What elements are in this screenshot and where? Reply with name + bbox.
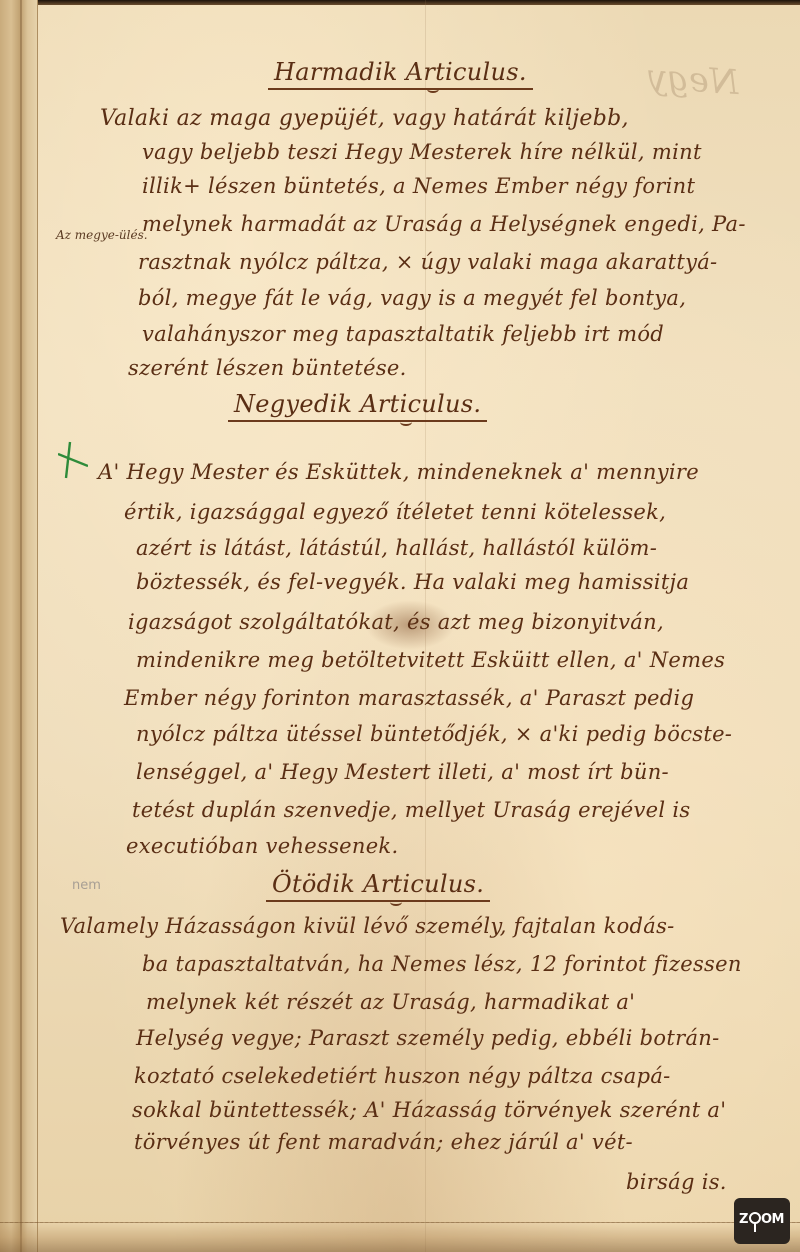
heading-article-3: Harmadik Articulus. (268, 58, 533, 90)
margin-note-megye: Az megye-ülés. (56, 228, 148, 242)
text-line: ból, megye fát le vág, vagy is a megyét … (138, 286, 686, 310)
text-line: illik+ lészen büntetés, a Nemes Ember né… (142, 174, 695, 198)
text-line: Ember négy forinton marasztassék, a' Par… (124, 686, 694, 710)
margin-note-nem: nem (72, 878, 101, 893)
text-line: Helység vegye; Paraszt személy pedig, eb… (136, 1026, 719, 1050)
text-line: mindenikre meg betöltetvitett Esküitt el… (136, 648, 725, 672)
text-line: ba tapasztaltatván, ha Nemes lész, 12 fo… (142, 952, 742, 976)
heading-article-4: Negyedik Articulus. (228, 390, 487, 422)
text-line: értik, igazsággal egyező ítéletet tenni … (124, 500, 666, 524)
text-line: A' Hegy Mester és Esküttek, mindeneknek … (98, 460, 699, 484)
spine-crease (20, 0, 22, 1252)
text-line: melynek két részét az Uraság, harmadikat… (146, 990, 635, 1014)
text-line: nyólcz páltza ütéssel büntetődjék, × a'k… (136, 722, 732, 746)
text-line: Valaki az maga gyepüjét, vagy határát ki… (100, 106, 629, 131)
text-line: koztató cselekedetiért huszon négy páltz… (134, 1064, 671, 1088)
page-top-edge (0, 0, 800, 5)
binding-spine (0, 0, 38, 1252)
heading-article-5: Ötödik Articulus. (266, 870, 490, 902)
text-line: valahányszor meg tapasztaltatik feljebb … (142, 322, 664, 346)
text-line: törvényes út fent maradván; ehez járúl a… (134, 1130, 633, 1154)
text-line: lenséggel, a' Hegy Mestert illeti, a' mo… (136, 760, 669, 784)
text-line: birság is. (626, 1170, 727, 1194)
bleed-through-text: Negy (647, 57, 740, 103)
svg-text:Z: Z (739, 1212, 748, 1227)
heading-brace (390, 898, 402, 906)
text-line: szerént lészen büntetése. (128, 356, 407, 380)
text-line: rasztnak nyólcz páltza, × úgy valaki mag… (138, 250, 717, 274)
text-line: executióban vehessenek. (126, 834, 398, 858)
manuscript-page: Negy Harmadik Articulus. Valaki az maga … (0, 0, 800, 1252)
heading-brace (400, 418, 412, 426)
green-cross-icon (58, 440, 88, 480)
text-line: vagy beljebb teszi Hegy Mesterek híre né… (142, 140, 702, 164)
heading-brace (427, 85, 439, 93)
water-damage-edge (0, 1222, 800, 1252)
text-line: Valamely Házasságon kivül lévő személy, … (60, 914, 675, 938)
text-line: tetést duplán szenvedje, mellyet Uraság … (132, 798, 690, 822)
text-line: igazságot szolgáltatókat, és azt meg biz… (128, 610, 664, 634)
magnifier-icon: Z OM (738, 1208, 786, 1234)
svg-text:OM: OM (761, 1212, 784, 1227)
text-line: sokkal büntettessék; A' Házasság törvény… (132, 1098, 726, 1122)
text-line: böztessék, és fel-vegyék. Ha valaki meg … (136, 570, 689, 594)
text-line: melynek harmadát az Uraság a Helységnek … (142, 212, 746, 236)
text-line: azért is látást, látástúl, hallást, hall… (136, 536, 657, 560)
zoom-button[interactable]: Z OM (734, 1198, 790, 1244)
